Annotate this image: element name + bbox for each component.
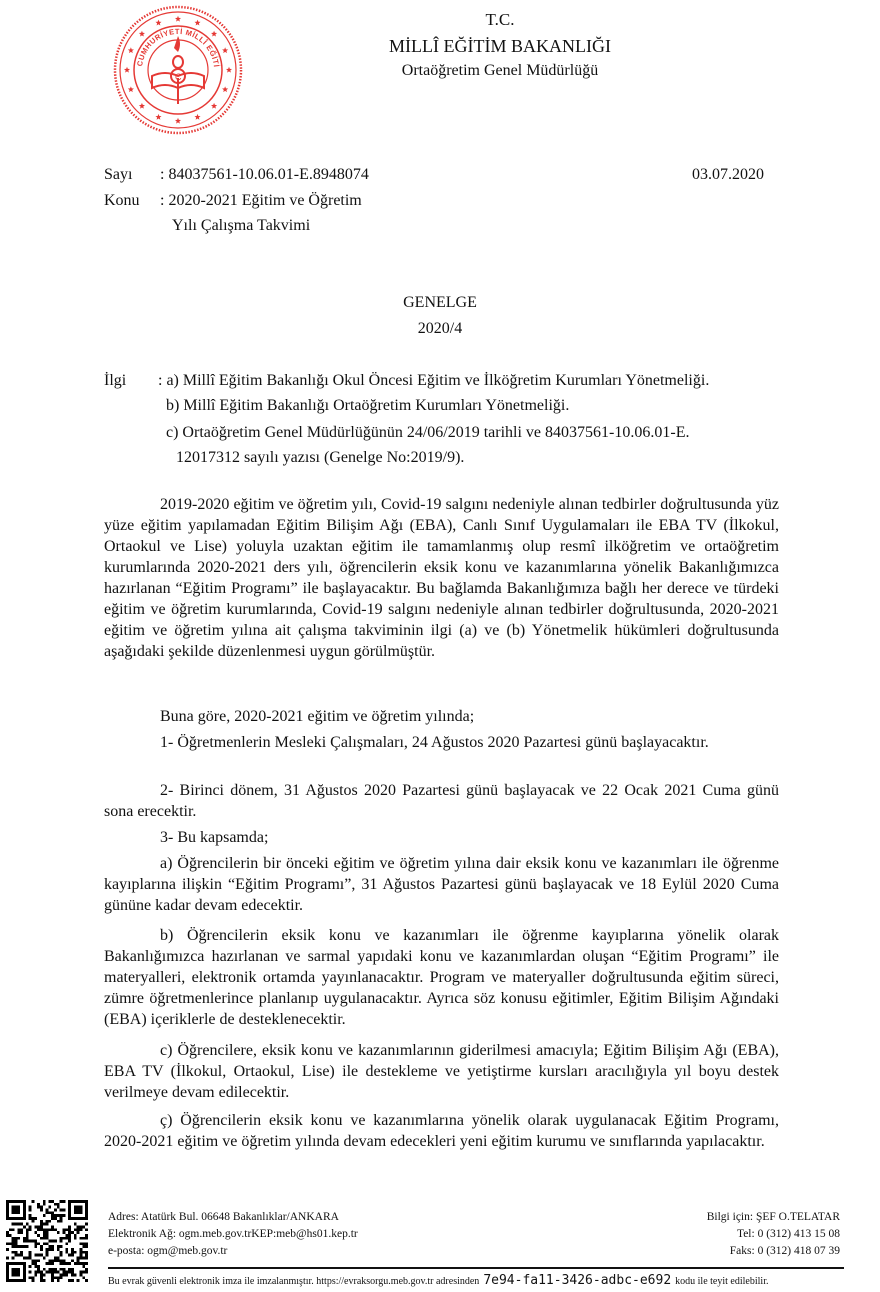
ilgi-item-c-continued: 12017312 sayılı yazısı (Genelge No:2019/…: [176, 449, 464, 467]
sayi-value: : 84037561-10.06.01-E.8948074: [160, 166, 369, 183]
sayi-row: Sayı: 84037561-10.06.01-E.8948074: [104, 166, 369, 184]
konu-value-continued: Yılı Çalışma Takvimi: [172, 217, 310, 235]
header-tc: T.C.: [300, 10, 700, 30]
svg-text:C: C: [175, 72, 182, 82]
body-item-3: 3- Bu kapsamda;: [104, 827, 779, 848]
body-paragraph-intro: 2019-2020 eğitim ve öğretim yılı, Covid-…: [104, 494, 779, 662]
signature-suffix: kodu ile teyit edilebilir.: [675, 1276, 768, 1287]
header-directorate: Ortaöğretim Genel Müdürlüğü: [300, 62, 700, 80]
konu-label: Konu: [104, 192, 160, 210]
footer-tel: Tel: 0 (312) 413 15 08: [580, 1228, 840, 1240]
ilgi-item-a: : a) Millî Eğitim Bakanlığı Okul Öncesi …: [158, 372, 709, 390]
body-item-3cc: ç) Öğrencilerin eksik konu ve kazanımlar…: [104, 1110, 779, 1152]
verification-code[interactable]: 7e94-fa11-3426-adbc-e692: [483, 1273, 671, 1288]
qr-code-icon[interactable]: [6, 1200, 88, 1282]
ilgi-item-b: b) Millî Eğitim Bakanlığı Ortaöğretim Ku…: [166, 397, 569, 415]
body-paragraph-accordingly: Buna göre, 2020-2021 eğitim ve öğretim y…: [104, 706, 779, 727]
signature-notice: Bu evrak güvenli elektronik imza ile imz…: [108, 1273, 768, 1288]
konu-value: : 2020-2021 Eğitim ve Öğretim: [160, 192, 362, 209]
footer-fax: Faks: 0 (312) 418 07 39: [580, 1245, 840, 1257]
footer-info-contact: Bilgi için: ŞEF O.TELATAR: [580, 1211, 840, 1223]
genelge-number: 2020/4: [0, 320, 880, 338]
header-ministry: MİLLÎ EĞİTİM BAKANLIĞI: [300, 36, 700, 57]
footer-network: Elektronik Ağ: ogm.meb.gov.trKEP:meb@hs0…: [108, 1228, 358, 1240]
konu-row: Konu: 2020-2021 Eğitim ve Öğretim: [104, 192, 362, 210]
footer-email: e-posta: ogm@meb.gov.tr: [108, 1245, 227, 1257]
document-date: 03.07.2020: [692, 166, 764, 184]
ilgi-label: İlgi: [104, 372, 126, 390]
signature-prefix: Bu evrak güvenli elektronik imza ile imz…: [108, 1276, 479, 1287]
body-item-3b: b) Öğrencilerin eksik konu ve kazanımlar…: [104, 925, 779, 1030]
body-item-1: 1- Öğretmenlerin Mesleki Çalışmaları, 24…: [104, 732, 779, 753]
genelge-title: GENELGE: [0, 294, 880, 312]
footer-divider: [108, 1267, 844, 1269]
body-item-3c: c) Öğrencilere, eksik konu ve kazanımlar…: [104, 1040, 779, 1103]
footer-address: Adres: Atatürk Bul. 06648 Bakanlıklar/AN…: [108, 1211, 339, 1223]
sayi-label: Sayı: [104, 166, 160, 184]
ilgi-item-c: c) Ortaöğretim Genel Müdürlüğünün 24/06/…: [166, 424, 689, 442]
body-item-2: 2- Birinci dönem, 31 Ağustos 2020 Pazart…: [104, 780, 779, 822]
body-item-3a: a) Öğrencilerin bir önceki eğitim ve öğr…: [104, 853, 779, 916]
meb-seal-icon: C CUMHURİYETİ MİLLÎ EĞİTİM BAKANLIĞI: [112, 4, 244, 136]
